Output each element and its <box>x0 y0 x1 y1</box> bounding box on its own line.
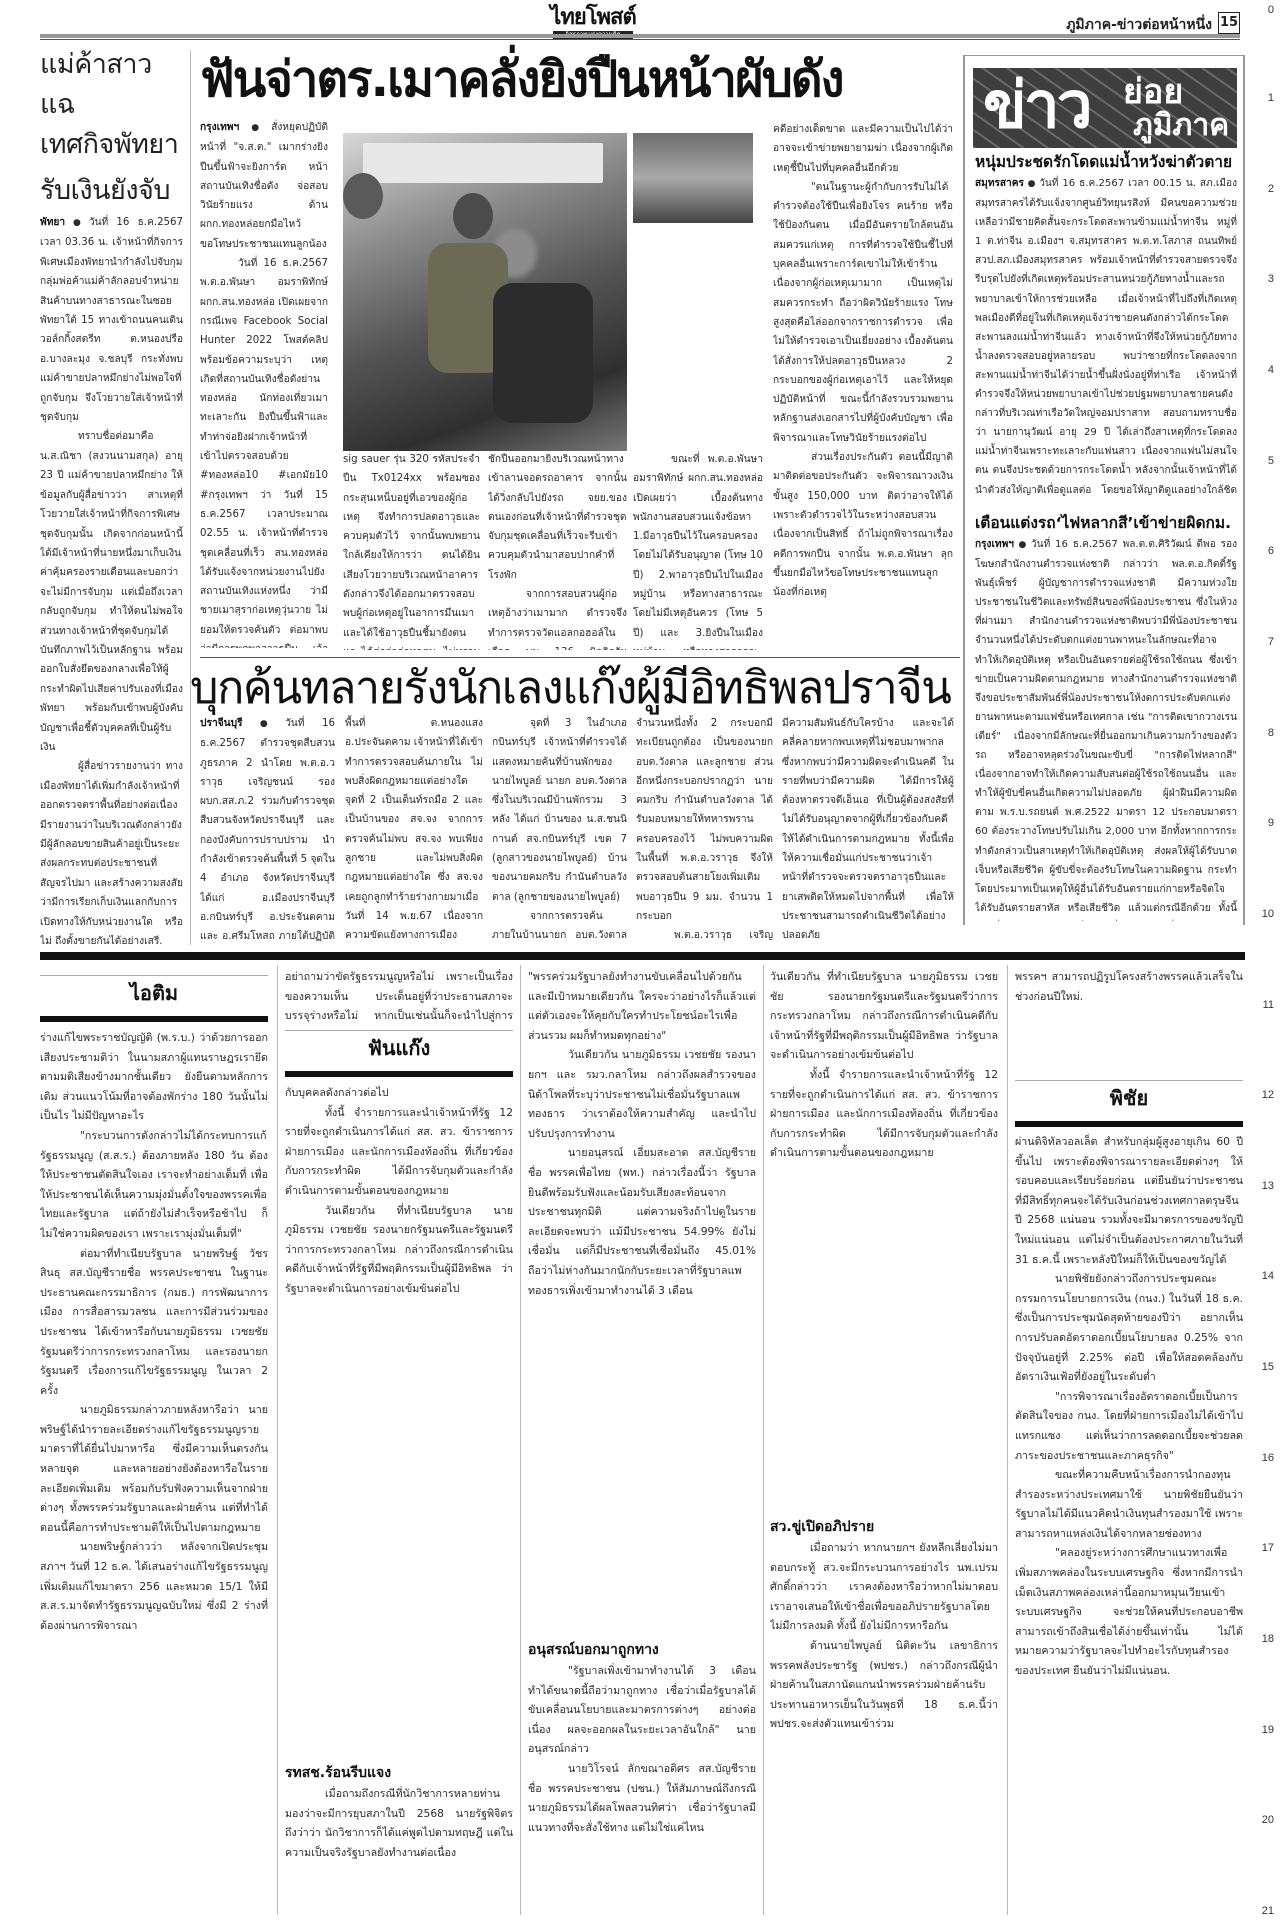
paragraph: "ตนในฐานะผู้กำกับการรับไม่ได้ ตำรวจต้องใ… <box>773 178 953 448</box>
ruler-mark: 21 <box>1262 1905 1274 1917</box>
ruler-mark: 20 <box>1262 1814 1274 1826</box>
story2-top-rule <box>200 657 960 658</box>
ruler-mark: 9 <box>1268 817 1274 829</box>
paragraph: ทราบชื่อต่อมาคือ น.ส.ณิชา (สงวนนามสกุล) … <box>40 427 183 757</box>
paragraph: เมื่อถามว่า หากนายกฯ ยังหลีกเลี่ยงไม่มาต… <box>770 1538 998 1636</box>
story2-column-5: มีความสัมพันธ์กับใครบ้าง และจะได้คลี่คลา… <box>782 714 954 946</box>
story1-column-5: คดีอย่างเด็ดขาด และมีความเป็นไปได้ว่าอาจ… <box>773 120 953 650</box>
story2-column-1: ปราจีนบุรี●วันที่ 16 ธ.ค.2567 ตำรวจชุดสื… <box>200 714 335 946</box>
paragraph: กับบุคคลดังกล่าวต่อไป <box>285 1083 513 1103</box>
photo-wall-ac <box>363 143 603 183</box>
paragraph: วันที่ 16 ธ.ค.2567 พ.ต.อ.พันษา อมราพิทัก… <box>200 254 328 648</box>
column-divider <box>277 965 278 1915</box>
newspaper-page: ไทยโพสต์ อิสรภาพแห่งความคิด ภูมิภาค-ข่าว… <box>0 0 1245 1920</box>
brief-1-headline: หนุ่มประชดรักโดดแม่น้ำหวังฆ่าตัวตาย <box>975 152 1240 172</box>
paragraph: วันเดียวกัน นายภูมิธรรม เวชยชัย รองนายกฯ… <box>528 1045 756 1143</box>
paragraph: นายภูมิธรรมกล่าวภายหลังหารือว่า นายพริษฐ… <box>40 1400 268 1537</box>
bullet-icon: ● <box>68 218 86 228</box>
column-divider <box>1007 965 1008 1915</box>
story1-column-2: sig sauer รุ่น 320 รหัสประจำปืน Tx0124xx… <box>343 450 480 650</box>
story1-column-4: ขณะที่ พ.ต.อ.พันษา อมราพิทักษ์ ผกก.สน.ทอ… <box>633 450 763 650</box>
heading-bar <box>1015 1121 1243 1127</box>
news-brief-box: ข่าว ย่อย ภูมิภาค หนุ่มประชดรักโดดแม่น้ำ… <box>963 55 1245 925</box>
subhead-body: เมื่อถามว่า หากนายกฯ ยังหลีกเลี่ยงไม่มาต… <box>770 1538 998 1918</box>
ruler-mark: 14 <box>1262 1270 1274 1282</box>
paragraph: ทั้งนี้ จำรายการและนำเจ้าหน้าที่รัฐ 12 ร… <box>770 1065 998 1163</box>
paragraph: พ.ต.อ.วราวุธ เจริญชนน์ รอง ผบก.สส.ภ.2 กล… <box>636 926 773 946</box>
paragraph: ร่างแก้ไขพระราชบัญญัติ (พ.ร.บ.) ว่าด้วยก… <box>40 1028 268 1126</box>
photo-suspect-body <box>493 283 593 423</box>
paragraph: นายวิโรจน์ ลักขณาอดิศร สส.บัญชีรายชื่อ พ… <box>528 1759 756 1837</box>
dateline: พัทยา <box>40 217 65 228</box>
photo-person-head <box>453 193 493 239</box>
paragraph: นายพริษฐ์กล่าวว่า หลังจากเปิดประชุมสภาฯ … <box>40 1537 268 1635</box>
column-fangang-body-2: "พรรคร่วมรัฐบาลยังทำงานขับเคลื่อนไปด้วยก… <box>528 967 756 1627</box>
paragraph: ขณะที่ พ.ต.อ.พันษา อมราพิทักษ์ ผกก.สน.ทอ… <box>633 450 763 650</box>
paragraph: "พรรคร่วมรัฐบาลยังทำงานขับเคลื่อนไปด้วยก… <box>528 967 756 1045</box>
ruler-mark: 7 <box>1268 636 1274 648</box>
dateline: กรุงเทพฯ <box>200 122 239 133</box>
ruler-mark: 18 <box>1262 1633 1274 1645</box>
subhead: รทสช.ร้อนรีบแจง <box>285 1763 513 1784</box>
bullet-icon: ● <box>1027 179 1036 189</box>
dateline: สมุทรสาคร <box>975 178 1024 189</box>
ruler-mark: 3 <box>1268 273 1274 285</box>
paragraph: นายอนุสรณ์ เอี่ยมสะอาด สส.บัญชีรายชื่อ พ… <box>528 1143 756 1300</box>
paragraph: วันที่ 16 ธ.ค.2567 เวลา 00.15 น. สภ.เมือ… <box>975 178 1237 501</box>
heading-bar <box>40 1016 268 1022</box>
side-story-body: พัทยา●วันที่ 16 ธ.ค.2567 เวลา 03.36 น. เ… <box>40 213 183 983</box>
masthead: ไทยโพสต์ อิสรภาพแห่งความคิด ภูมิภาค-ข่าว… <box>40 0 1240 42</box>
paragraph: จากการตรวจค้นภายในบ้านนายก อบต.วังตาล พบ… <box>492 907 627 946</box>
paragraph: "การพิจารณาเรื่องอัตราดอกเบี้ยเป็นการตัด… <box>1015 1387 1243 1465</box>
paragraph: ต่อมาที่ทำเนียบรัฐบาล นายพริษฐ์ วัชรสินธ… <box>40 1244 268 1401</box>
column-fangang-sub-senate: สว.ขู่เปิดอภิปราย เมื่อถามว่า หากนายกฯ ย… <box>770 1517 998 1918</box>
banner-title-small: ย่อย <box>1123 74 1183 110</box>
paragraph: ด้านนายไพบูลย์ นิติตะวัน เลขาธิการพรรคพล… <box>770 1636 998 1734</box>
ruler-mark: 4 <box>1268 364 1274 376</box>
column-fangang-sub-rtsh: รทสช.ร้อนรีบแจง เมื่อถามถึงกรณีที่นักวิช… <box>285 1763 513 1914</box>
paragraph: วันที่ 16 ธ.ค.2567 เวลา 03.36 น. เจ้าหน้… <box>40 217 183 423</box>
column-fangang-sub-anusorn: อนุสรณ์บอกมาถูกทาง "รัฐบาลเพิ่งเข้ามาทำง… <box>528 1640 756 1916</box>
ruler-mark: 6 <box>1268 545 1274 557</box>
subhead: อนุสรณ์บอกมาถูกทาง <box>528 1640 756 1661</box>
paragraph: วันที่ 16 ธ.ค.2567 ตำรวจชุดสืบสวนภูธรภาค… <box>200 718 335 946</box>
ruler-mark: 12 <box>1262 1089 1274 1101</box>
bullet-icon: ● <box>1017 540 1028 550</box>
column-fangang-body-3: วันเดียวกัน ที่ทำเนียบรัฐบาล นายภูมิธรรม… <box>770 967 998 1517</box>
masthead-rule-thin <box>40 39 1240 40</box>
lead: สั่งหยุดปฏิบัติหน้าที่ "จ.ส.ต." เมากร่าง… <box>200 122 328 250</box>
bullet-icon: ● <box>242 123 268 133</box>
ruler-mark: 10 <box>1262 908 1274 920</box>
story1-headline: ฟันจ่าตร.เมาคลั่งยิงปืนหน้าผับดัง <box>200 50 960 110</box>
paragraph: นายพิชัยยังกล่าวถึงการประชุมคณะกรรมการนโ… <box>1015 1269 1243 1387</box>
section-divider-thick <box>40 952 1245 960</box>
dateline: ปราจีนบุรี <box>200 718 243 729</box>
banner-title-big: ข่าว <box>983 68 1090 148</box>
ruler-mark: 1 <box>1268 92 1274 104</box>
ruler-mark: 0 <box>1268 4 1274 16</box>
heading-bar <box>285 1071 513 1077</box>
paragraph: ผ่านดิจิทัลวอลเล็ต สำหรับกลุ่มผู้สูงอายุ… <box>1015 1132 1243 1269</box>
ruler-mark: 15 <box>1262 1361 1274 1373</box>
page-ruler: 0 1 2 3 4 5 6 7 8 9 10 11 12 13 14 15 16… <box>1245 0 1282 1920</box>
paragraph: วันที่ 16 ธ.ค.2567 พล.ต.ต.ศิริวัฒน์ ดีพอ… <box>975 539 1237 921</box>
paragraph: จากการสอบสวนผู้ก่อเหตุอ้างว่าเมามาก ตำรว… <box>488 585 627 650</box>
paragraph: มีความสัมพันธ์กับใครบ้าง และจะได้คลี่คลา… <box>782 714 954 946</box>
photo-person-head <box>343 173 383 219</box>
brief-1-body: สมุทรสาคร●วันที่ 16 ธ.ค.2567 เวลา 00.15 … <box>975 174 1237 501</box>
brief-2-headline: เตือนแต่งรถ‘ไฟหลากสี’เข้าข่ายผิดกม. <box>975 513 1240 533</box>
paragraph: วันเดียวกัน ที่ทำเนียบรัฐบาล นายภูมิธรรม… <box>770 967 998 1065</box>
paragraph: วันเดียวกัน ที่ทำเนียบรัฐบาล นายภูมิธรรม… <box>285 1201 513 1299</box>
ruler-mark: 13 <box>1262 1180 1274 1192</box>
subhead: สว.ขู่เปิดอภิปราย <box>770 1517 998 1538</box>
page-number: 15 <box>1218 12 1240 34</box>
story2-headline: บุกค้นทลายรังนักเลงแก๊งผู้มีอิทธิพลปราจี… <box>190 660 965 716</box>
paragraph: ชักปืนออกมายิงบริเวณหน้าทางเข้าลานจอดรถอ… <box>488 450 627 585</box>
dateline: กรุงเทพฯ <box>975 539 1014 550</box>
paragraph: เมื่อถามถึงกรณีที่นักวิชาการหลายท่านมองว… <box>285 1784 513 1862</box>
subhead-body: เมื่อถามถึงกรณีที่นักวิชาการหลายท่านมองว… <box>285 1784 513 1914</box>
paragraph: sig sauer รุ่น 320 รหัสประจำปืน Tx0124xx… <box>343 450 480 650</box>
ruler-mark: 2 <box>1268 183 1274 195</box>
story2-column-4: จำนวนหนึ่งทั้ง 2 กระบอกมีทะเบียนถูกต้อง … <box>636 714 773 946</box>
banner-title-region: ภูมิภาค <box>1133 110 1229 142</box>
brief-2-body: กรุงเทพฯ●วันที่ 16 ธ.ค.2567 พล.ต.ต.ศิริว… <box>975 535 1237 921</box>
side-headline-line-3: รับเงินยังจับ <box>40 171 183 211</box>
ruler-mark: 8 <box>1268 727 1274 739</box>
paragraph: "รัฐบาลเพิ่งเข้ามาทำงานได้ 3 เดือน ทำได้… <box>528 1661 756 1759</box>
column-title: พิชัย <box>1110 1086 1148 1110</box>
paragraph: "คลองยู่ระหว่างการศึกษาแนวทางเพื่อเพิ่มส… <box>1015 1543 1243 1680</box>
paragraph: จุดที่ 3 ในอำเภอกบินทร์บุรี เจ้าหน้าที่ต… <box>492 714 627 907</box>
subhead-body: "รัฐบาลเพิ่งเข้ามาทำงานได้ 3 เดือน ทำได้… <box>528 1661 756 1916</box>
story1-column-1: กรุงเทพฯ●สั่งหยุดปฏิบัติหน้าที่ "จ.ส.ต."… <box>200 118 328 648</box>
column-phichai-carry: พรรคฯ สามารถปฏิรูปโครงสร้างพรรคแล้วเสร็จ… <box>1015 967 1243 1057</box>
story1-photo-arrest <box>343 133 627 451</box>
story1-photo-cctv <box>633 133 753 223</box>
column-fangang-body-1: กับบุคคลดังกล่าวต่อไป ทั้งนี้ จำรายการแล… <box>285 1083 513 1763</box>
ruler-mark: 16 <box>1262 1452 1274 1464</box>
paragraph: ขณะที่ความคืบหน้าเรื่องการนำกองทุนสำรองร… <box>1015 1465 1243 1543</box>
column-itim-body: ร่างแก้ไขพระราชบัญญัติ (พ.ร.บ.) ว่าด้วยก… <box>40 1028 268 1913</box>
section-label: ภูมิภาค-ข่าวต่อหน้าหนึ่ง <box>1066 14 1212 36</box>
ruler-mark: 5 <box>1268 455 1274 467</box>
masthead-rule <box>40 34 1240 38</box>
side-headline-line-1: แม่ค้าสาวแฉ <box>40 45 183 125</box>
ruler-mark: 19 <box>1262 1724 1274 1736</box>
column-heading-phichai: พิชัย <box>1015 1080 1243 1127</box>
logo-text: ไทยโพสต์ <box>545 6 641 30</box>
column-title: ไอติม <box>130 981 178 1005</box>
side-headline-line-2: เทศกิจพัทยา <box>40 125 183 165</box>
column-divider <box>520 965 521 1915</box>
column-title: ฟันแก๊ง <box>368 1036 431 1060</box>
paragraph: ส่วนเรื่องประกันตัว ตอนนี้มีญาติมาติดต่อ… <box>773 448 953 602</box>
story2-column-2: พื้นที่ ต.หนองแสง อ.ประจันตคาม เจ้าหน้าท… <box>345 714 483 946</box>
paragraph: พื้นที่ ต.หนองแสง อ.ประจันตคาม เจ้าหน้าท… <box>345 714 483 946</box>
paragraph: "กระบวนการดังกล่าวไม่ได้กระทบการแก้รัฐธร… <box>40 1126 268 1244</box>
paragraph: ทั้งนี้ จำรายการและนำเจ้าหน้าที่รัฐ 12 ร… <box>285 1103 513 1201</box>
story1-column-3: ชักปืนออกมายิงบริเวณหน้าทางเข้าลานจอดรถอ… <box>488 450 627 650</box>
column-divider <box>763 965 764 1915</box>
paragraph: ผู้สื่อข่าวรายงานว่า ทางเมืองพัทยาได้เพิ… <box>40 757 183 951</box>
column-phichai-body: ผ่านดิจิทัลวอลเล็ต สำหรับกลุ่มผู้สูงอายุ… <box>1015 1132 1243 1917</box>
ruler-mark: 11 <box>1263 999 1274 1011</box>
ruler-mark: 17 <box>1262 1542 1274 1554</box>
paragraph: จำนวนหนึ่งทั้ง 2 กระบอกมีทะเบียนถูกต้อง … <box>636 714 773 926</box>
column-heading-fangang: ฟันแก๊ง <box>285 1030 513 1077</box>
side-story-pattaya: แม่ค้าสาวแฉ เทศกิจพัทยา รับเงินยังจับ พั… <box>40 45 183 983</box>
column-divider <box>190 50 191 945</box>
brief-banner: ข่าว ย่อย ภูมิภาค <box>973 68 1237 148</box>
column-heading-itim: ไอติม <box>40 975 268 1022</box>
story2-column-3: จุดที่ 3 ในอำเภอกบินทร์บุรี เจ้าหน้าที่ต… <box>492 714 627 946</box>
column-fangang-carry: อย่าถามว่าขัดรัฐธรรมนูญหรือไม่ เพราะเป็น… <box>285 967 513 1027</box>
paragraph: คดีอย่างเด็ดขาด และมีความเป็นไปได้ว่าอาจ… <box>773 120 953 178</box>
bullet-icon: ● <box>246 719 283 729</box>
